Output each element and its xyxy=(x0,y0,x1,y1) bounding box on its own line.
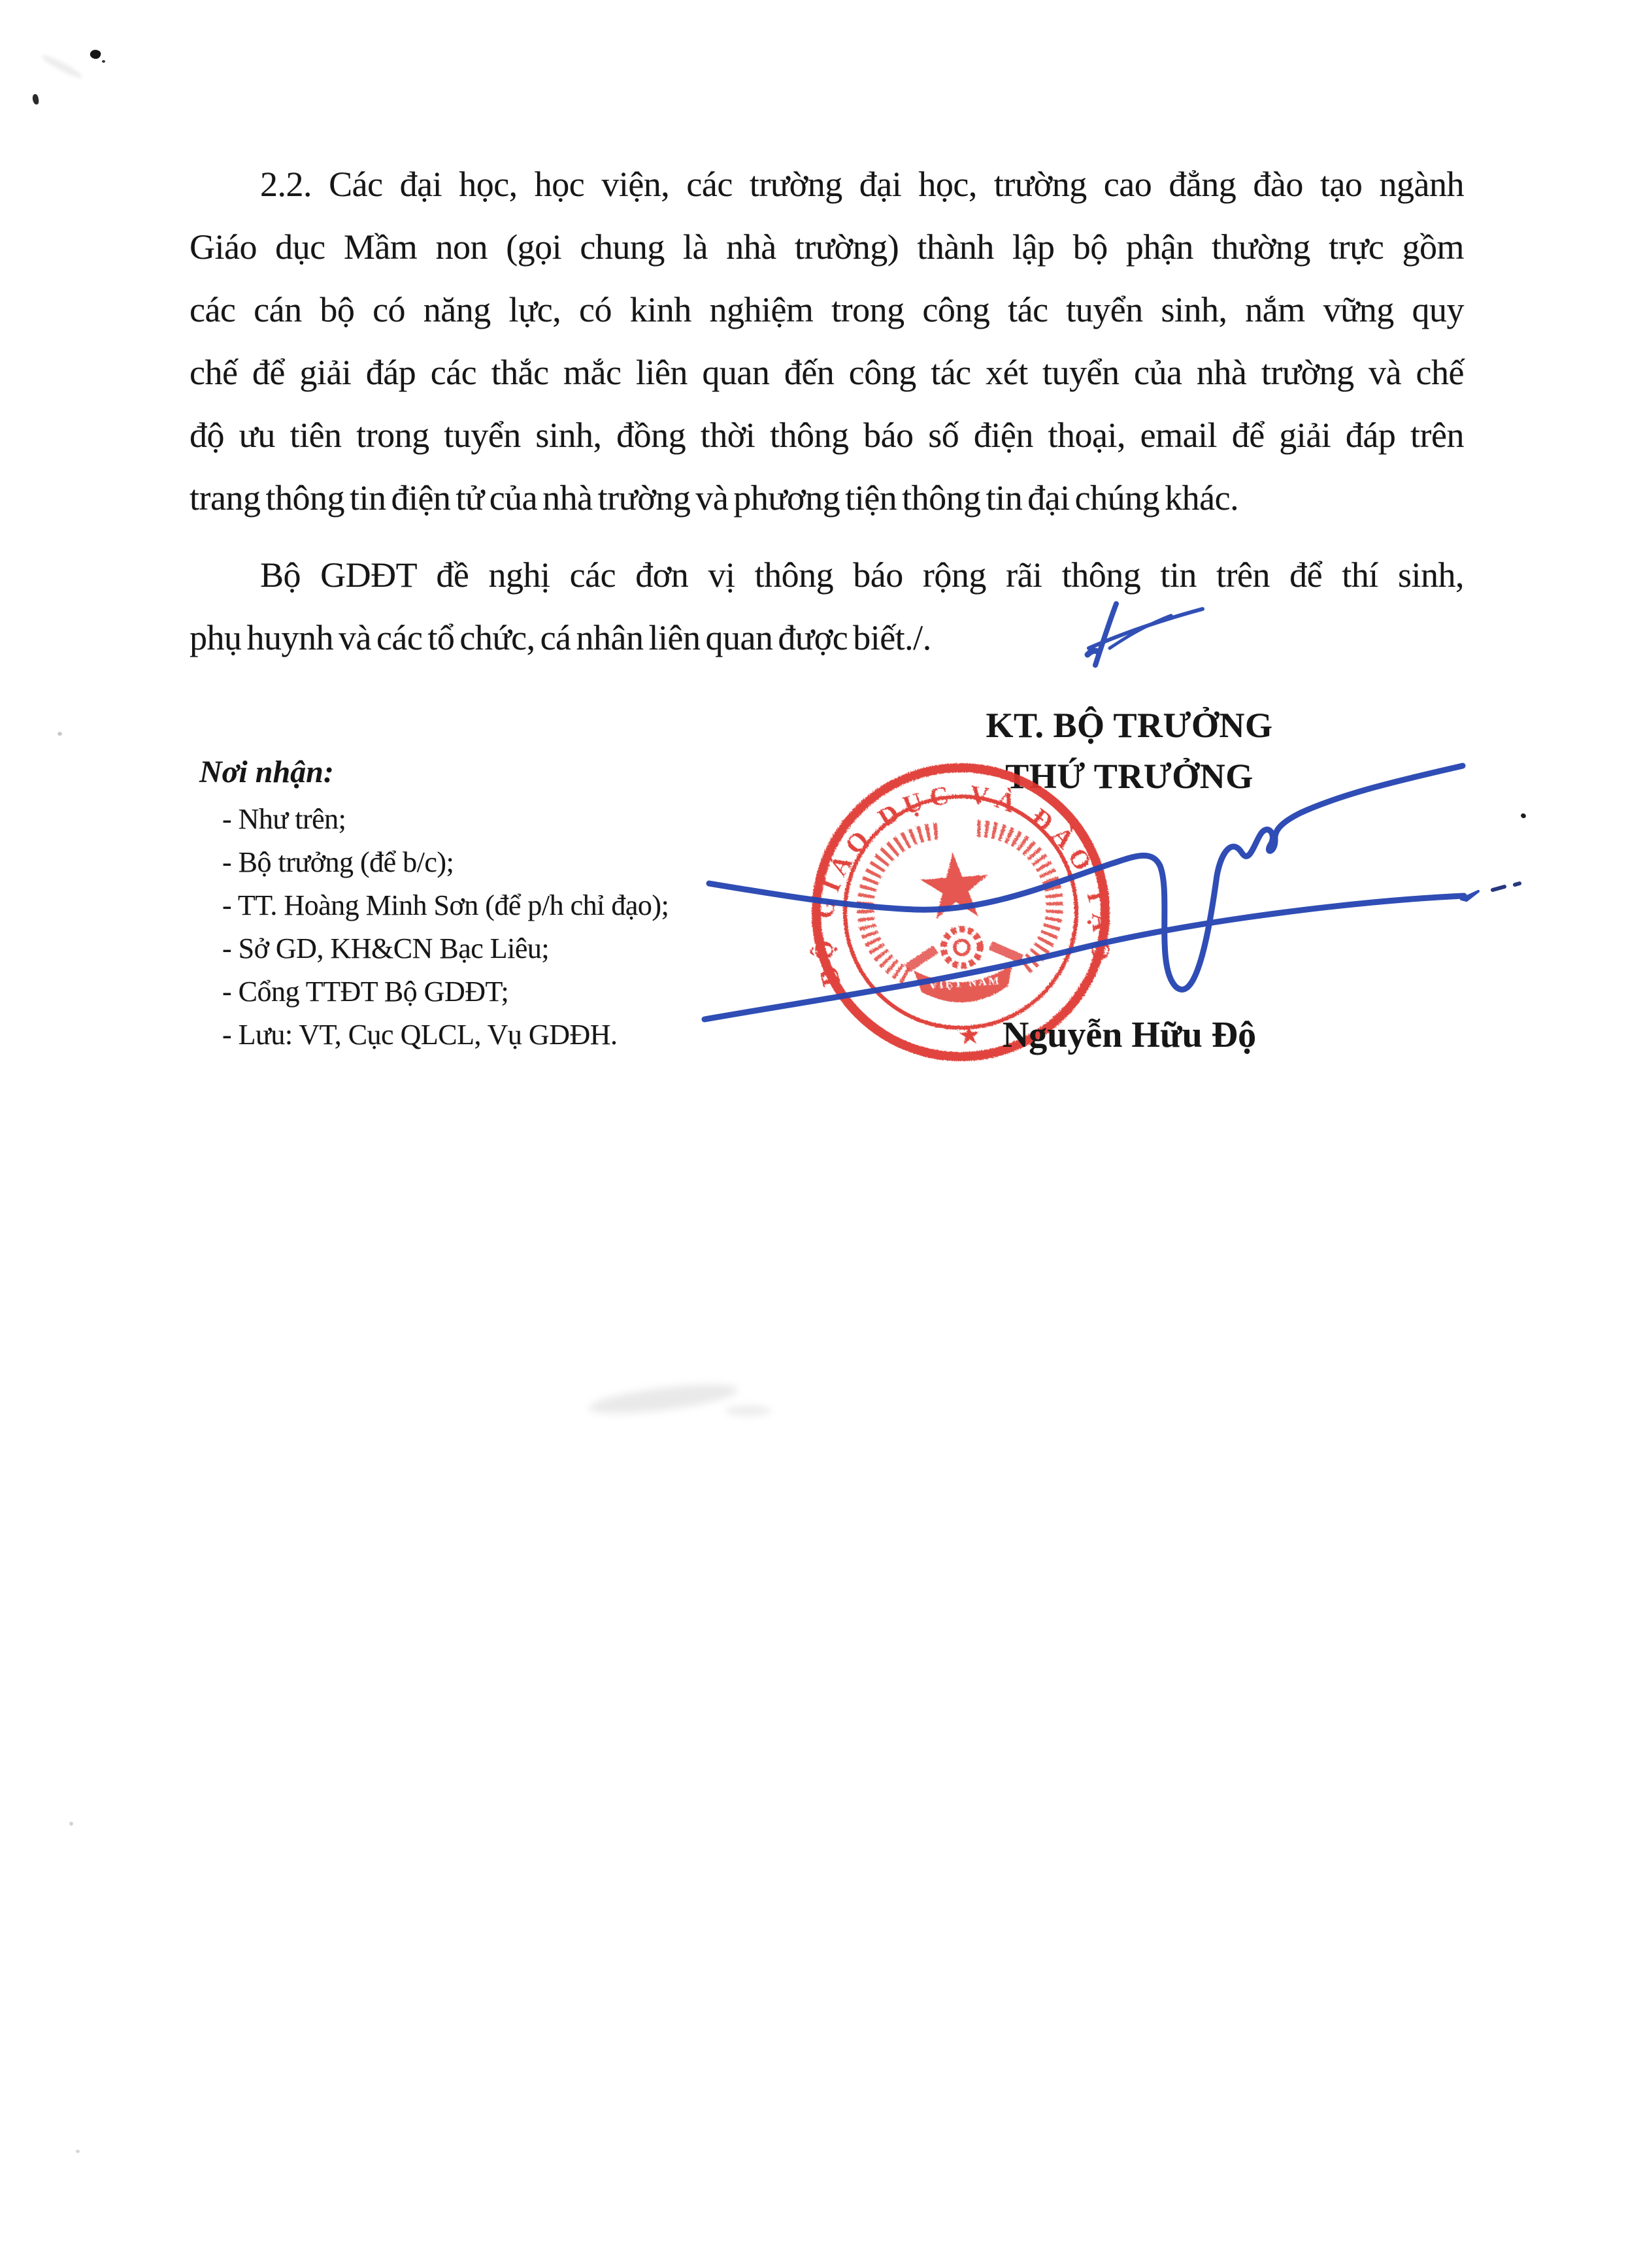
scan-artifact xyxy=(89,48,102,61)
scan-artifact xyxy=(58,732,62,736)
ink-initials xyxy=(1065,585,1222,676)
paragraph-line: độ ưu tiên trong tuyển sinh, đồng thời t… xyxy=(190,404,1464,467)
paragraph-line: chế để giải đáp các thắc mắc liên quan đ… xyxy=(190,341,1464,404)
scan-artifact xyxy=(40,52,84,80)
scan-artifact xyxy=(32,93,39,105)
paragraph-1: 2.2. Các đại học, học viện, các trường đ… xyxy=(190,153,1464,529)
paragraph-line: 2.2. Các đại học, học viện, các trường đ… xyxy=(190,153,1464,216)
paragraph-line: phụ huynh và các tổ chức, cá nhân liên q… xyxy=(190,606,1464,669)
scan-artifact xyxy=(102,60,105,63)
paragraph-2: Bộ GDĐT đề nghị các đơn vị thông báo rộn… xyxy=(190,544,1464,669)
scan-artifact xyxy=(588,1379,739,1419)
scanned-letter-page: 2.2. Các đại học, học viện, các trường đ… xyxy=(0,0,1626,2268)
recipients-heading: Nơi nhận: xyxy=(199,750,334,795)
scan-artifact xyxy=(69,1822,73,1826)
paragraph-line: Giáo dục Mầm non (gọi chung là nhà trườn… xyxy=(190,216,1464,278)
scan-artifact xyxy=(725,1405,771,1417)
paragraph-line: các cán bộ có năng lực, có kinh nghiệm t… xyxy=(190,278,1464,341)
ink-signature xyxy=(680,732,1555,1137)
paragraph-line: trang thông tin điện tử của nhà trường v… xyxy=(190,467,1464,529)
signer-name: Nguyễn Hữu Độ xyxy=(914,1011,1345,1059)
scan-artifact xyxy=(76,2150,80,2153)
paragraph-line: Bộ GDĐT đề nghị các đơn vị thông báo rộn… xyxy=(190,544,1464,606)
